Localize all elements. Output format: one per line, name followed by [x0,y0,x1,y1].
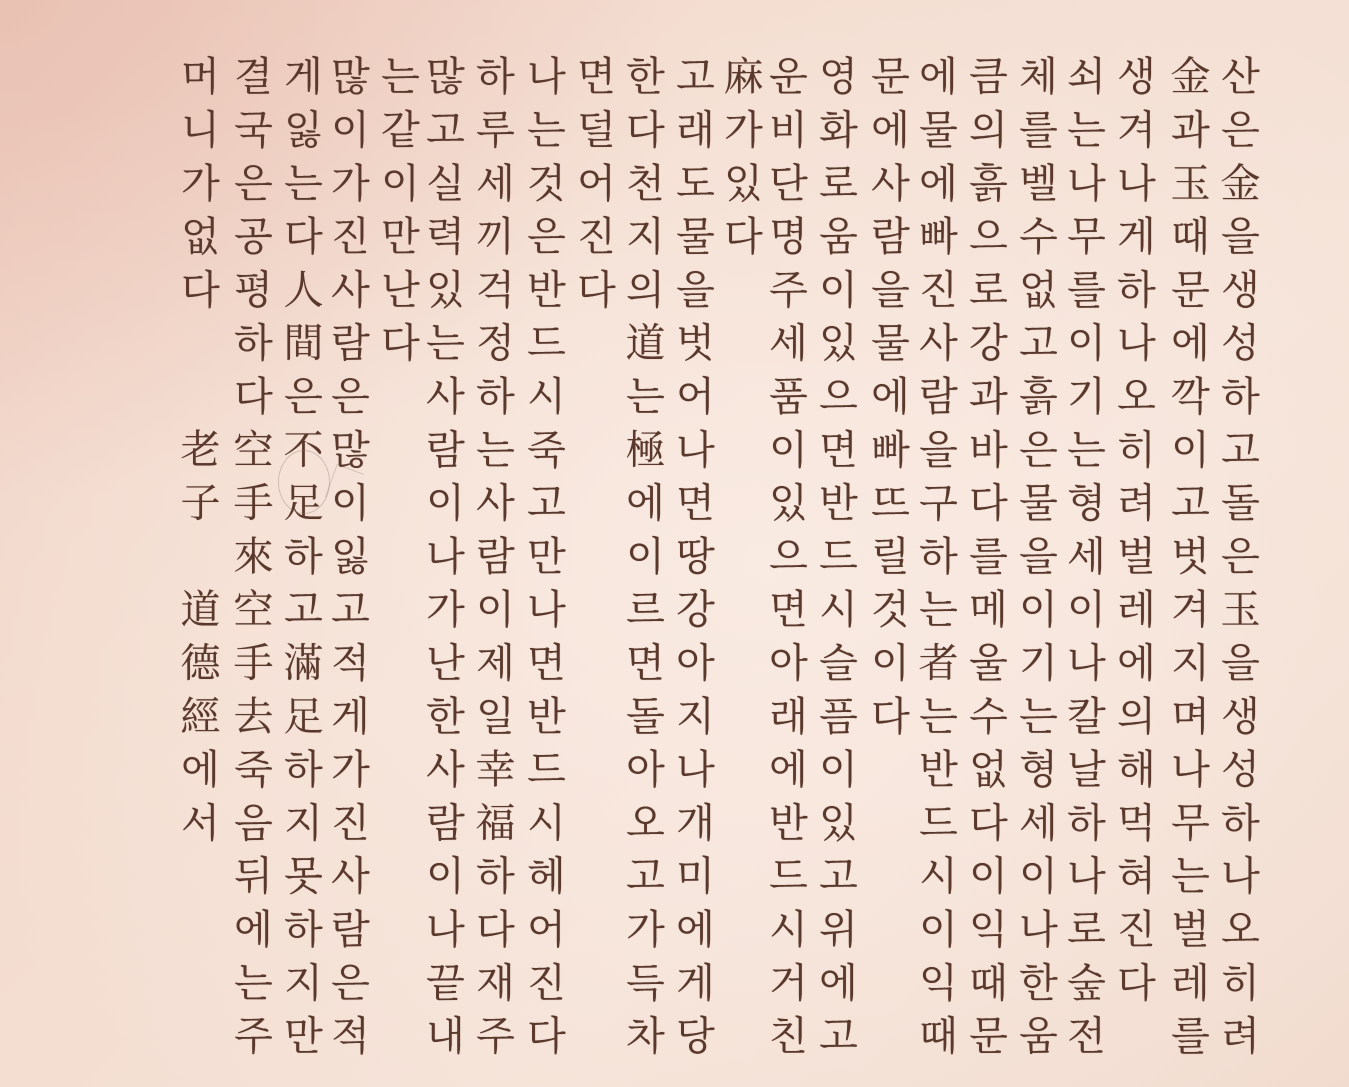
attribution-author: 老子 [177,428,217,535]
calligraphy-column-17: 많고실력있는사람이나가난한사람이나끝내 [422,55,462,1068]
calligraphy-column-16: 하루세끼걱정하는사람이제일幸福하다재주 [472,55,512,1068]
calligraphy-column-14: 면덜어진다 [573,55,613,322]
calligraphy-column-3: 생겨나게하나오히려벌레에의해먹혀진다 [1113,55,1153,1014]
calligraphy-sheet: 산은金을생성하고돌은玉을생성하나오히려 金과玉때문에깍이고벗겨지며나무는벌레를 … [0,0,1349,1087]
pencil-circle-mark [278,450,330,514]
calligraphy-column-1: 산은金을생성하고돌은玉을생성하나오히려 [1217,55,1257,1068]
calligraphy-column-13: 한다천지의道는極에이르면돌아오고가득차 [622,55,662,1068]
calligraphy-column-8: 문에사람을물에빠뜨릴것이다 [867,55,907,748]
calligraphy-column-9: 영화로움이있으면반드시슬픔이있고위에고 [815,55,855,1068]
calligraphy-column-2: 金과玉때문에깍이고벗겨지며나무는벌레를 [1167,55,1207,1068]
calligraphy-column-20: 게잃는다人間은不足하고滿足하지못하지만 [280,55,320,1068]
calligraphy-column-19: 많이가진사람은많이잃고적게가진사람은적 [327,55,367,1068]
calligraphy-column-15: 나는것은반드시죽고만나면반드시헤어진다 [523,55,563,1068]
calligraphy-column-7: 에물에빠진사람을구하는者는반드시이익때 [915,55,955,1068]
calligraphy-column-21: 결국은공평하다空手來空手去죽음뒤에는주 [230,55,270,1068]
attribution-source: 道德經에서 [177,588,217,855]
calligraphy-column-5: 체를벨수없고흙은물을이기는형세이나한움 [1015,55,1055,1068]
calligraphy-column-12: 고래도물을벗어나면땅강아지나개미에게당 [672,55,712,1068]
calligraphy-column-18: 는같이만난다 [377,55,417,375]
calligraphy-column-10: 운비단명주세품이있으면아래에반드시거친 [765,55,805,1068]
calligraphy-column-6: 큼의흙으로강과바다를메울수없다이익때문 [965,55,1005,1068]
calligraphy-column-11: 麻가있다 [720,55,760,268]
calligraphy-column-22: 머니가없다 [177,55,217,322]
calligraphy-column-4: 쇠는나무를이기는형세이나칼날하나로숲전 [1063,55,1103,1068]
